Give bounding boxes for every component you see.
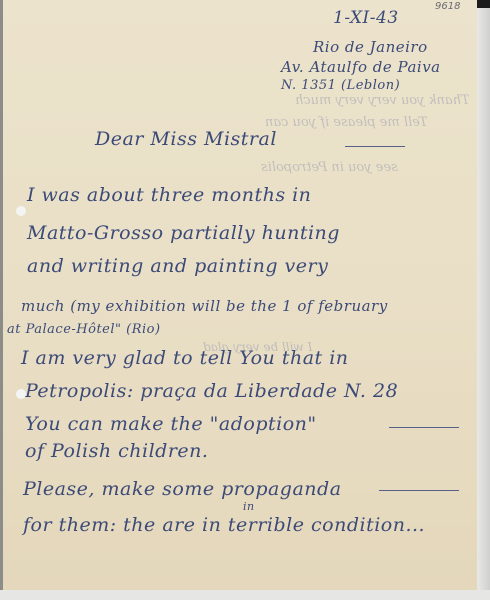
letter-page: 9618 Thank you very very much Tell me pl… — [0, 0, 477, 590]
scan-margin-bottom — [0, 590, 490, 600]
letter-date: 1-XI-43 — [333, 8, 399, 28]
salutation-underline — [345, 146, 405, 147]
insertion-mark: in — [243, 500, 255, 513]
body-line: You can make the "adoption" — [25, 413, 317, 435]
bleed-through-line: Thank you very very much — [295, 93, 470, 108]
body-line: I am very glad to tell You that in — [21, 347, 349, 369]
adoption-underline — [389, 427, 459, 428]
body-line: Please, make some propaganda — [23, 478, 342, 500]
body-line: much (my exhibition will be the 1 of feb… — [21, 297, 388, 315]
body-line: Petropolis: praça da Liberdade N. 28 — [25, 380, 398, 402]
scan-edge-top — [477, 0, 490, 8]
letter-street: Av. Ataulfo de Paiva — [281, 58, 441, 76]
body-line: for them: the are in terrible condition.… — [23, 514, 425, 536]
bleed-through-line: Tell me please if you can — [265, 115, 428, 130]
body-line: and writing and painting very — [27, 255, 328, 277]
propaganda-underline — [379, 490, 459, 491]
punch-hole — [16, 206, 26, 216]
letter-house-number: N. 1351 (Leblon) — [281, 78, 400, 93]
bleed-through-line: see you in Petropolis — [261, 160, 398, 175]
body-line: Matto-Grosso partially hunting — [27, 222, 340, 244]
salutation: Dear Miss Mistral — [95, 128, 277, 150]
letter-city: Rio de Janeiro — [313, 38, 428, 56]
body-line: of Polish children. — [25, 440, 208, 462]
scan-margin-right — [477, 0, 490, 600]
body-line: at Palace-Hôtel" (Rio) — [7, 322, 161, 337]
archive-number: 9618 — [435, 1, 460, 12]
body-line: I was about three months in — [27, 184, 311, 206]
punch-hole — [16, 389, 26, 399]
